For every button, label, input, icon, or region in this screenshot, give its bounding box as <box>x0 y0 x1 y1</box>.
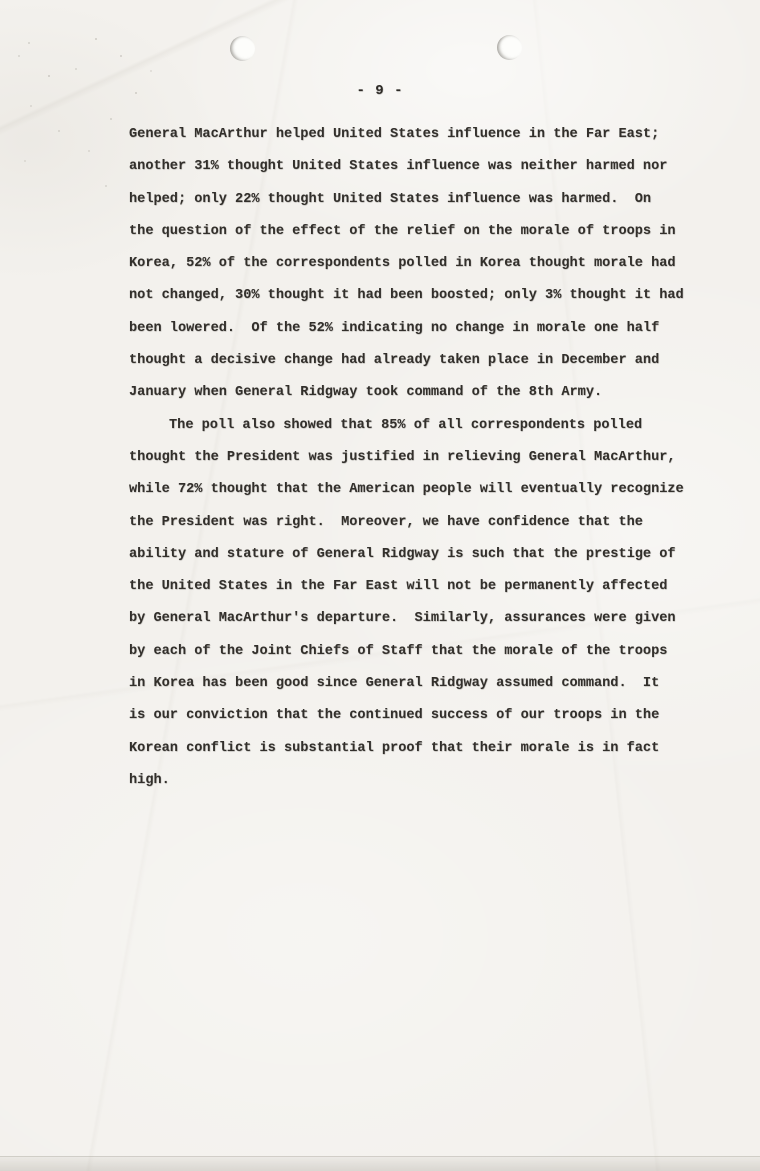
document-page: - 9 - General MacArthur helped United St… <box>0 0 760 1171</box>
punch-hole-right <box>497 35 522 60</box>
paragraph: General MacArthur helped United States i… <box>129 119 709 410</box>
text-line: helped; only 22% thought United States i… <box>129 184 709 216</box>
text-line: the question of the effect of the relief… <box>129 216 709 248</box>
text-line: Korea, 52% of the correspondents polled … <box>129 248 709 280</box>
text-line: not changed, 30% thought it had been boo… <box>129 280 709 312</box>
text-line: the United States in the Far East will n… <box>129 571 709 603</box>
text-line: in Korea has been good since General Rid… <box>129 668 709 700</box>
text-line: by each of the Joint Chiefs of Staff tha… <box>129 636 709 668</box>
text-line: another 31% thought United States influe… <box>129 151 709 183</box>
text-line: General MacArthur helped United States i… <box>129 119 709 151</box>
document-body: General MacArthur helped United States i… <box>129 119 709 797</box>
paper-bottom-edge <box>0 1156 760 1171</box>
text-line: the President was right. Moreover, we ha… <box>129 507 709 539</box>
text-line: The poll also showed that 85% of all cor… <box>129 410 709 442</box>
text-line: Korean conflict is substantial proof tha… <box>129 733 709 765</box>
text-line: high. <box>129 765 709 797</box>
text-line: been lowered. Of the 52% indicating no c… <box>129 313 709 345</box>
text-line: while 72% thought that the American peop… <box>129 474 709 506</box>
punch-hole-left <box>230 36 255 61</box>
text-line: ability and stature of General Ridgway i… <box>129 539 709 571</box>
paragraph: The poll also showed that 85% of all cor… <box>129 410 709 798</box>
text-line: thought a decisive change had already ta… <box>129 345 709 377</box>
text-line: is our conviction that the continued suc… <box>129 700 709 732</box>
page-number: - 9 - <box>0 83 760 99</box>
text-line: by General MacArthur's departure. Simila… <box>129 603 709 635</box>
paper-speckles <box>0 0 2 2</box>
text-line: thought the President was justified in r… <box>129 442 709 474</box>
text-line: January when General Ridgway took comman… <box>129 377 709 409</box>
